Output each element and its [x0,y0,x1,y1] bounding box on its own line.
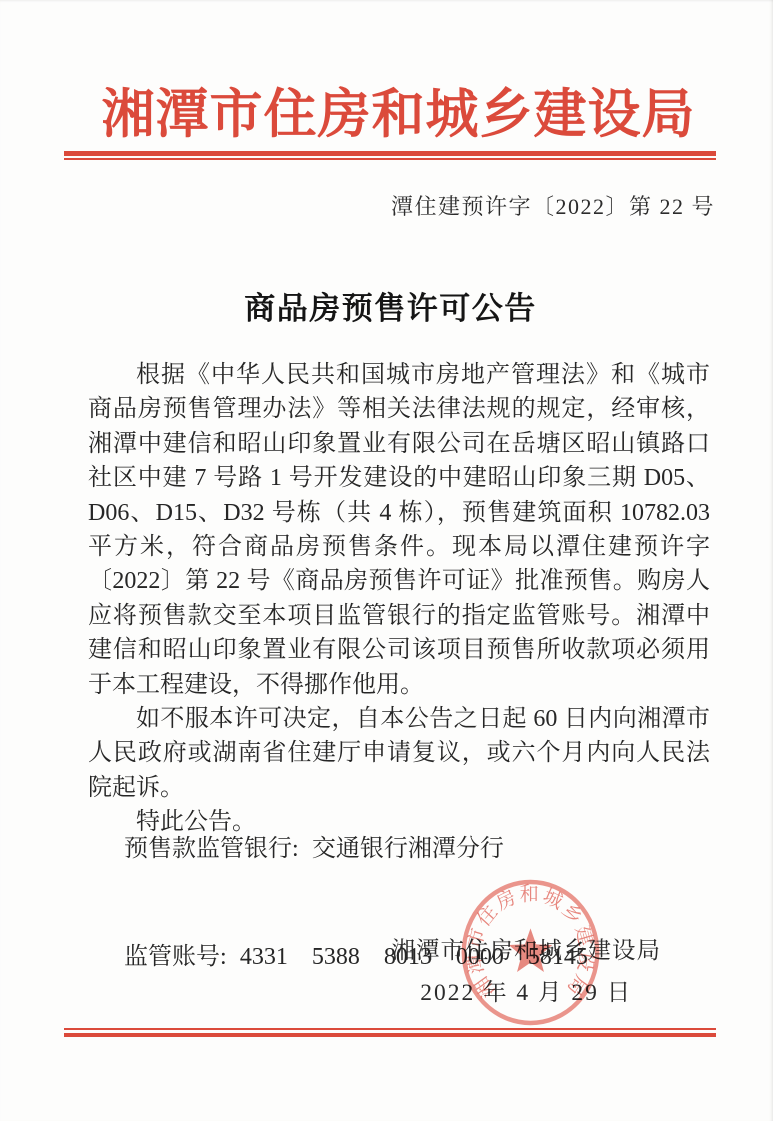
notice-title: 商品房预售许可公告 [0,283,773,328]
agency-header-title: 湘潭市住房和城乡建设局 [0,72,773,148]
seal-star-icon [509,928,552,972]
body-text: 根据《中华人民共和国城市房地产管理法》和《城市商品房预售管理办法》等相关法律法规… [88,358,710,840]
body-paragraph-2: 如不服本许可决定，自本公告之日起 60 日内向湘潭市人民政府或湖南省住建厅申请复… [88,702,710,805]
supervision-bank-line: 预售款监管银行:交通银行湘潭分行 [88,795,710,903]
header-double-rule [64,151,716,160]
document-page: 湘潭市住房和城乡建设局 潭住建预许字〔2022〕第 22 号 商品房预售许可公告… [0,0,773,1121]
supervision-bank-label: 预售款监管银行: [124,836,299,862]
rule-thick-bar [64,1033,716,1038]
official-seal-graphic: 湘潭市住房和城乡建设局 [459,877,602,1028]
body-paragraph-1: 根据《中华人民共和国城市房地产管理法》和《城市商品房预售管理办法》等相关法律法规… [88,358,710,702]
rule-thin-bar [64,158,716,160]
supervision-bank-value: 交通银行湘潭分行 [312,836,504,862]
footer-double-rule [64,1028,716,1037]
supervision-account-label: 监管账号: [124,944,227,970]
doc-number: 潭住建预许字〔2022〕第 22 号 [391,190,715,221]
official-seal: 湘潭市住房和城乡建设局 [459,877,602,1028]
